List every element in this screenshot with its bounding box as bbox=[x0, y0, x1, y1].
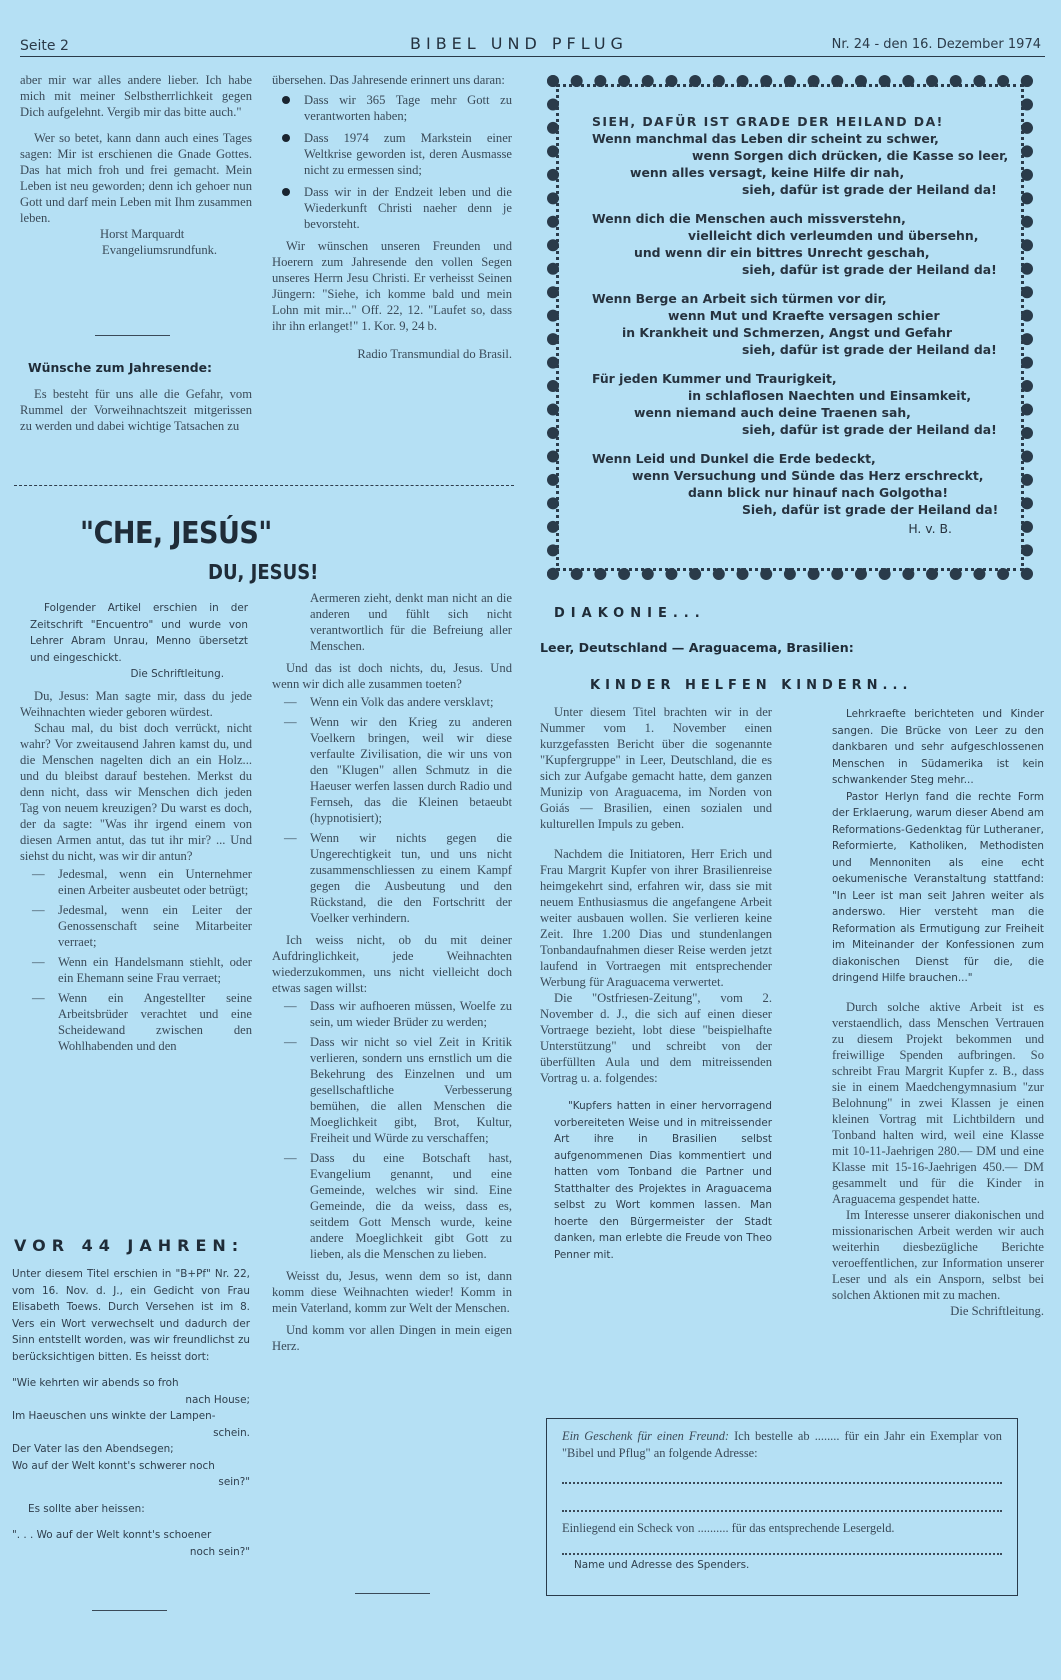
order-form-text: Ein Geschenk für einen Freund: Ich beste… bbox=[562, 1428, 1002, 1574]
poem-line: in schlaflosen Naechten und Einsamkeit, bbox=[592, 387, 1012, 404]
article-subtitle: DU, JESUS! bbox=[208, 560, 318, 584]
bullet-icon bbox=[282, 96, 290, 104]
bullet-item: Dass wir in der Endzeit leben und die Wi… bbox=[282, 184, 512, 232]
source: Evangeliumsrundfunk. bbox=[20, 242, 252, 258]
poem-line: Wenn Berge an Arbeit sich türmen vor dir… bbox=[592, 290, 1012, 307]
diakonie-col1: Unter diesem Titel brachten wir in der N… bbox=[540, 704, 772, 1263]
locations: Leer, Deutschland — Araguacema, Brasilie… bbox=[540, 640, 854, 655]
poem-line: sieh, dafür ist grade der Heiland da! bbox=[592, 421, 1012, 438]
bullet-item: Dass 1974 zum Markstein einer Weltkrise … bbox=[282, 130, 512, 178]
dash-icon: — bbox=[32, 902, 58, 950]
vor44-text: Unter diesem Titel erschien in "B+Pf" Nr… bbox=[12, 1266, 250, 1560]
poem-line: Wenn Leid und Dunkel die Erde bedeckt, bbox=[592, 450, 1012, 467]
divider bbox=[92, 1610, 167, 1611]
bullet-item: Dass wir 365 Tage mehr Gott zu verantwor… bbox=[282, 92, 512, 124]
quote-line: Wo auf der Welt konnt's schwerer noch bbox=[12, 1458, 250, 1475]
dash-icon: — bbox=[284, 1034, 310, 1146]
wishes-heading: Wünsche zum Jahresende: bbox=[28, 360, 212, 375]
poem-line: Wenn manchmal das Leben dir scheint zu s… bbox=[592, 130, 1012, 147]
dash-list-item: —Jedesmal, wenn ein Leiter der Genossens… bbox=[32, 902, 252, 950]
poem-line: wenn alles versagt, keine Hilfe dir nah, bbox=[592, 164, 1012, 181]
wishes-intro: Es besteht für uns alle die Gefahr, vom … bbox=[20, 386, 252, 434]
poem-line: wenn niemand auch deine Traenen sah, bbox=[592, 404, 1012, 421]
article-title: KINDER HELFEN KINDERN... bbox=[590, 678, 912, 693]
dash-list-item: —Jedesmal, wenn ein Unternehmer einen Ar… bbox=[32, 866, 252, 898]
dash-list-item: —Dass wir aufhoeren müssen, Woelfe zu se… bbox=[284, 998, 512, 1030]
issue-date: Nr. 24 - den 16. Dezember 1974 bbox=[832, 37, 1041, 52]
quote-line: Im Haeuschen uns winkte der Lampen- bbox=[12, 1408, 250, 1425]
divider bbox=[355, 1593, 430, 1594]
dash-list-item: —Wenn ein Volk das andere versklavt; bbox=[284, 694, 512, 710]
poem-line: wenn Versuchung und Sünde das Herz ersch… bbox=[592, 467, 1012, 484]
dash-list-item: —Dass du eine Botschaft hast, Evangelium… bbox=[284, 1150, 512, 1262]
article-end-marquardt: aber mir war alles andere lieber. Ich ha… bbox=[20, 72, 252, 258]
poem-line: in Krankheit und Schmerzen, Angst und Ge… bbox=[592, 324, 1012, 341]
dash-icon: — bbox=[32, 990, 58, 1054]
check-line: Einliegend ein Scheck von .......... für… bbox=[562, 1520, 1002, 1537]
paragraph: Wer so betet, kann dann auch eines Tages… bbox=[20, 130, 252, 226]
article-col2: Aermeren zieht, denkt man nicht an die a… bbox=[272, 590, 512, 1354]
poem-stanza: Wenn Leid und Dunkel die Erde bedeckt,we… bbox=[592, 450, 1012, 518]
editor-note: Folgender Artikel erschien in der Zeitsc… bbox=[30, 600, 248, 683]
dash-list-item: —Wenn ein Handelsmann stiehlt, oder ein … bbox=[32, 954, 252, 986]
poem-line: Sieh, dafür ist grade der Heiland da! bbox=[592, 501, 1012, 518]
poem-line: dann blick nur hinauf nach Golgotha! bbox=[592, 484, 1012, 501]
poem-line: sieh, dafür ist grade der Heiland da! bbox=[592, 341, 1012, 358]
header-rule bbox=[20, 56, 1045, 57]
newspaper-title: BIBEL UND PFLUG bbox=[410, 34, 628, 53]
quote-line: "Wie kehrten wir abends so froh bbox=[12, 1375, 250, 1392]
poem-stanza: Wenn manchmal das Leben dir scheint zu s… bbox=[592, 130, 1012, 198]
dash-icon: — bbox=[32, 866, 58, 898]
dash-icon: — bbox=[32, 954, 58, 986]
poem-author: H. v. B. bbox=[592, 520, 1012, 537]
order-lead: Ein Geschenk für einen Freund: bbox=[562, 1429, 729, 1443]
article-col1: Du, Jesus: Man sagte mir, dass du jede W… bbox=[20, 688, 252, 1058]
diakonie-col2: Lehrkraefte berichteten und Kinder sange… bbox=[832, 706, 1044, 1319]
poem-line: wenn Sorgen dich drücken, die Kasse so l… bbox=[592, 147, 1012, 164]
bullet-icon bbox=[282, 134, 290, 142]
poem-stanza: Wenn dich die Menschen auch missverstehn… bbox=[592, 210, 1012, 278]
poem-stanza: Wenn Berge an Arbeit sich türmen vor dir… bbox=[592, 290, 1012, 358]
poem: SIEH, DAFÜR IST GRADE DER HEILAND DA! We… bbox=[592, 113, 1012, 537]
poem-line: vielleicht dich verleumden und übersehn, bbox=[592, 227, 1012, 244]
dash-icon: — bbox=[284, 694, 310, 710]
quote-line: schein. bbox=[12, 1425, 250, 1442]
quote-line: Der Vater las den Abendsegen; bbox=[12, 1441, 250, 1458]
poem-line: und wenn dir ein bittres Unrecht geschah… bbox=[592, 244, 1012, 261]
bullet-icon bbox=[282, 188, 290, 196]
address-line-2[interactable] bbox=[562, 1510, 1002, 1512]
paragraph: Wir wünschen unseren Freunden und Hoerer… bbox=[272, 238, 512, 334]
divider bbox=[95, 335, 170, 336]
dash-list-item: —Wenn ein Angestellter seine Arbeitsbrüd… bbox=[32, 990, 252, 1054]
section-divider bbox=[14, 485, 514, 486]
dash-list-item: —Wenn wir nichts gegen die Ungerechtigke… bbox=[284, 830, 512, 926]
dash-list-item: —Dass wir nicht so viel Zeit in Kritik v… bbox=[284, 1034, 512, 1146]
dash-icon: — bbox=[284, 714, 310, 826]
source: Radio Transmundial do Brasil. bbox=[272, 346, 512, 362]
vor44-heading: VOR 44 JAHREN: bbox=[14, 1236, 244, 1255]
donor-line[interactable] bbox=[562, 1553, 1002, 1555]
paragraph: übersehen. Das Jahresende erinnert uns d… bbox=[272, 72, 512, 88]
poem-line: Für jeden Kummer und Traurigkeit, bbox=[592, 370, 1012, 387]
dash-icon: — bbox=[284, 1150, 310, 1262]
donor-label: Name und Adresse des Spenders. bbox=[562, 1557, 1002, 1574]
article-title: "CHE, JESÚS" bbox=[80, 516, 272, 551]
wishes-continued: übersehen. Das Jahresende erinnert uns d… bbox=[272, 72, 512, 362]
poem-stanza: Für jeden Kummer und Traurigkeit,in schl… bbox=[592, 370, 1012, 438]
paragraph: aber mir war alles andere lieber. Ich ha… bbox=[20, 72, 252, 120]
quote-line: nach House; bbox=[12, 1392, 250, 1409]
dash-list-item: —Wenn wir den Krieg zu anderen Voelkern … bbox=[284, 714, 512, 826]
poem-line: sieh, dafür ist grade der Heiland da! bbox=[592, 181, 1012, 198]
poem-line: wenn Mut und Kraefte versagen schier bbox=[592, 307, 1012, 324]
poem-line: sieh, dafür ist grade der Heiland da! bbox=[592, 261, 1012, 278]
section-heading: DIAKONIE... bbox=[554, 606, 706, 621]
address-line-1[interactable] bbox=[562, 1482, 1002, 1484]
author: Horst Marquardt bbox=[20, 226, 252, 242]
dash-icon: — bbox=[284, 830, 310, 926]
page-number: Seite 2 bbox=[20, 38, 69, 54]
quote-line: sein?" bbox=[12, 1474, 250, 1491]
poem-title: SIEH, DAFÜR IST GRADE DER HEILAND DA! bbox=[592, 113, 1012, 130]
dash-icon: — bbox=[284, 998, 310, 1030]
poem-line: Wenn dich die Menschen auch missverstehn… bbox=[592, 210, 1012, 227]
